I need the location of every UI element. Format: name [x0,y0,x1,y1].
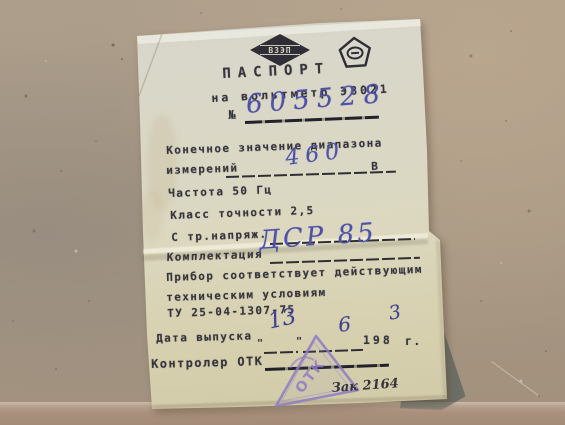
photo-of-passport-document: ВЗЭП ПАСПОРТ на вольтметр Э8021 № 605528… [0,0,565,425]
transformer-voltage-label: С тр.напряж. [171,228,268,244]
serial-number-value: 605528 [245,79,388,120]
range-label-line2: измерений [166,161,239,177]
range-unit: В [371,160,379,173]
range-label-line1: Конечное значение диапазона [166,136,383,157]
document-content: ВЗЭП ПАСПОРТ на вольтметр Э8021 № 605528… [0,0,565,425]
controller-label: Контролер ОТК [151,354,263,371]
serial-number-label: № [228,108,237,122]
accuracy-class-line: Класс точности 2,5 [170,204,315,222]
issue-date-label: Дата выпуска [156,329,253,345]
compliance-line2: техническим условиям [166,286,327,304]
factory-logo-text: ВЗЭП [268,46,291,55]
year-handwritten: 3 [387,301,403,325]
kit-value-handwritten: ДСР 85 [258,218,378,256]
year-printed: 198 [363,333,393,347]
quality-mark-icon [337,35,373,69]
kit-label: Комплектация [167,248,264,264]
year-suffix: г. [405,334,422,348]
frequency-line: Частота 50 Гц [168,183,273,200]
compliance-line1: Прибор соответствует действующим [166,263,423,284]
otk-stamp-icon: ОТК [256,328,366,414]
document-title: ПАСПОРТ [222,61,331,82]
order-note-handwritten: Зак 2164 [331,376,399,396]
